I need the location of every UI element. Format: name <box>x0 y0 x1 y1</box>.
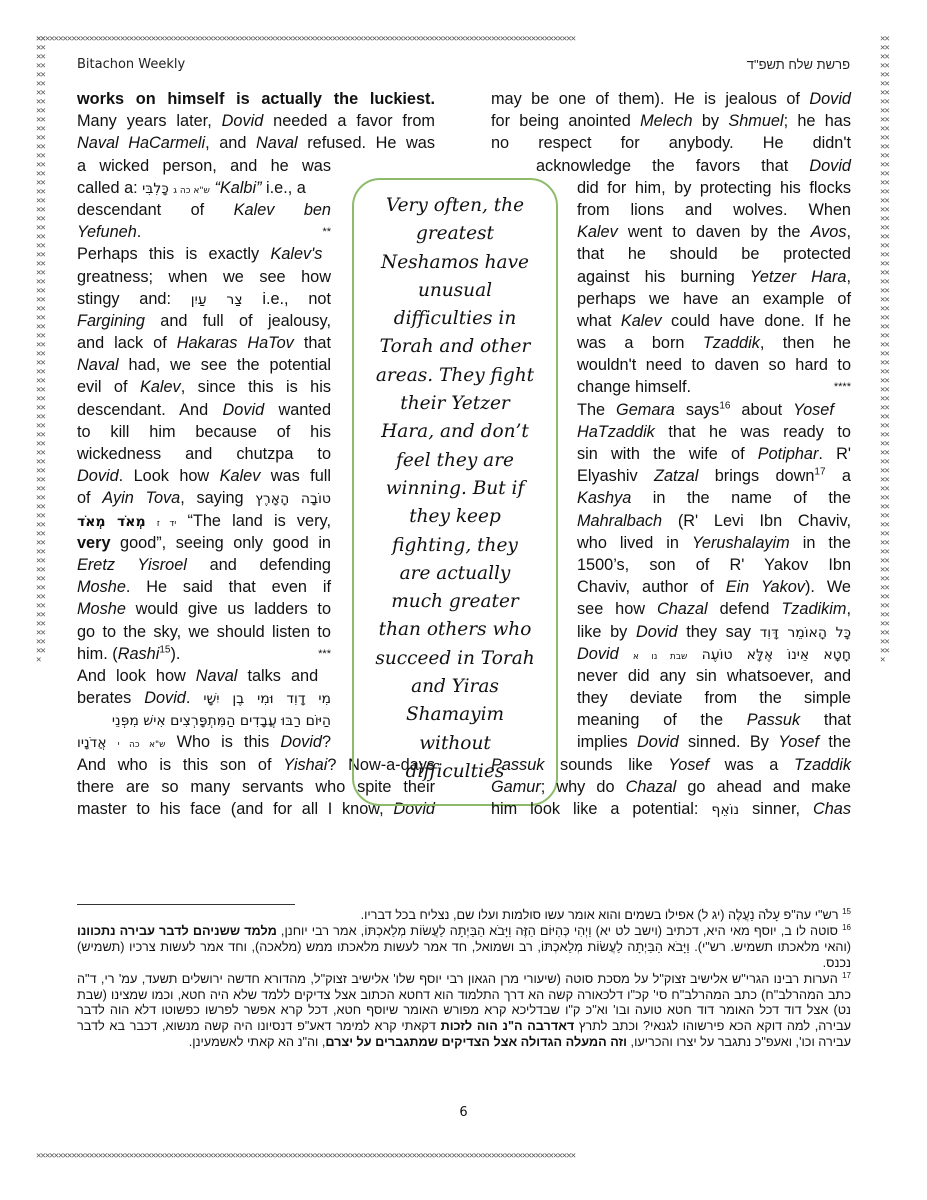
decorative-border-left: ✕✕✕✕✕✕✕✕✕✕✕✕✕✕✕✕✕✕✕✕✕✕✕✕✕✕✕✕✕✕✕✕✕✕✕✕✕✕✕✕… <box>36 35 47 1163</box>
text-line: stingy and: צַר עַיִן i.e., not <box>77 288 331 310</box>
text-line: never did any sin whatsoever, and <box>577 665 851 687</box>
text-line: And look how Naval talks and <box>77 665 331 687</box>
text-line: descendant. And Dovid wanted <box>77 399 331 421</box>
text-line: meaning of the Passuk that <box>577 709 851 731</box>
text-line: Moshe would give us ladders to <box>77 598 331 620</box>
decorative-border-top: ✕✕✕✕✕✕✕✕✕✕✕✕✕✕✕✕✕✕✕✕✕✕✕✕✕✕✕✕✕✕✕✕✕✕✕✕✕✕✕✕… <box>36 35 891 46</box>
footnote-15: 15 רש"י עה"פ עָלֹה נַעֲלֶה (יג ל) אפילו … <box>77 908 851 924</box>
text-line: 1500’s, son of R' Yakov Ibn <box>577 554 851 576</box>
text-line: perhaps we have an example of <box>577 288 851 310</box>
text-line: sin with the wife of Potiphar. R' <box>577 443 851 465</box>
text-line: did for him, by protecting his flocks <box>577 177 851 199</box>
footnote-17: 17 הערות רבינו הגרי"ש אלישיב זצוק"ל על מ… <box>77 972 851 1052</box>
text-line: may be one of them). He is jealous of Do… <box>491 88 851 110</box>
text-line: Dovid. Look how Kalev was full <box>77 465 331 487</box>
text-line: who lived in Yerushalayim in the <box>577 532 851 554</box>
text-line: change himself.**** <box>577 376 851 398</box>
text-line: called a: ש"א כה ג כָּלִבִּי “Kalbi” i.e… <box>77 177 331 199</box>
text-line: no respect for anybody. He didn't <box>491 132 851 154</box>
text-line: what Kalev could have done. If he <box>577 310 851 332</box>
text-line: Elyashiv Zatzal brings down17 a <box>577 465 851 487</box>
text-line: like by Dovid they say כָּל הָאוֹמֵר דָּ… <box>577 621 851 643</box>
footnote-separator <box>77 904 295 905</box>
text-line: Gamur; why do Chazal go ahead and make <box>491 776 851 798</box>
text-line: Perhaps this is exactly Kalev's <box>77 243 331 265</box>
text-line: ש"א כה י אֲדֹנָיו Who is this Dovid? <box>77 731 331 753</box>
text-line: against his burning Yetzer Hara, <box>577 266 851 288</box>
text-line: Kalev went to daven by the Avos, <box>577 221 851 243</box>
text-line: him. (Rashi15).*** <box>77 643 331 665</box>
footnotes: 15 רש"י עה"פ עָלֹה נַעֲלֶה (יג ל) אפילו … <box>77 908 851 1051</box>
text-line: him look like a potential: נוֹאֵף sinner… <box>491 798 851 820</box>
text-line: wickedness and chutzpa to <box>77 443 331 465</box>
text-line: Fargining and full of jealousy, <box>77 310 331 332</box>
text-line: of Ayin Tova, saying טוֹבָה הָאָרֶץ <box>77 487 331 509</box>
text-line: a wicked person, and he was <box>77 155 331 177</box>
parsha-title: פרשת שלח תשפ"ד <box>747 57 850 72</box>
text-line: HaTzaddik that he was ready to <box>577 421 851 443</box>
text-line: Moshe. He said that even if <box>77 576 331 598</box>
text-line: very good”, seeing only good in <box>77 532 331 554</box>
text-line: that he should be protected <box>577 243 851 265</box>
text-line: for being anointed Melech by Shmuel; he … <box>491 110 851 132</box>
text-line: see how Chazal defend Tzadikim, <box>577 598 851 620</box>
page-number: 6 <box>0 1105 927 1120</box>
decorative-border-bottom: ✕✕✕✕✕✕✕✕✕✕✕✕✕✕✕✕✕✕✕✕✕✕✕✕✕✕✕✕✕✕✕✕✕✕✕✕✕✕✕✕… <box>36 1152 891 1163</box>
publication-title: Bitachon Weekly <box>77 57 185 72</box>
text-line: The Gemara says16 about Yosef <box>577 399 851 421</box>
text-line: הַיּוֹם רַבּוּ עֲבָדִים הַמִּתְפָּרְצִים… <box>77 709 331 731</box>
text-line: works on himself is actually the luckies… <box>77 88 435 110</box>
text-line: evil of Kalev, since this is his <box>77 376 331 398</box>
text-line: Kashya in the name of the <box>577 487 851 509</box>
text-line: berates Dovid. מִי דָוִד וּמִי בֶן יִשָׁ… <box>77 687 331 709</box>
text-line: Naval had, we see the potential <box>77 354 331 376</box>
text-line: יד ז מְאֹד מְאֹד “The land is very, <box>77 510 331 532</box>
text-line: Many years later, Dovid needed a favor f… <box>77 110 435 132</box>
text-line: was a born Tzaddik, then he <box>577 332 851 354</box>
decorative-border-right: ✕✕✕✕✕✕✕✕✕✕✕✕✕✕✕✕✕✕✕✕✕✕✕✕✕✕✕✕✕✕✕✕✕✕✕✕✕✕✕✕… <box>880 35 891 1163</box>
text-line: they deviate from the simple <box>577 687 851 709</box>
text-line: and lack of Hakaras HaTov that <box>77 332 331 354</box>
text-line: Dovid חָטָא אֵינוֹ אֶלָּא טוֹעֶה שבת נו … <box>577 643 851 665</box>
text-line: Eretz Yisroel and defending <box>77 554 331 576</box>
text-line: acknowledge the favors that Dovid <box>536 155 851 177</box>
text-line: greatness; when we see how <box>77 266 331 288</box>
text-line: Passuk sounds like Yosef was a Tzaddik <box>491 754 851 776</box>
text-line: go to the sky, we should listen to <box>77 621 331 643</box>
text-line: Naval HaCarmeli, and Naval refused. He w… <box>77 132 435 154</box>
text-line: wouldn't need to daven so hard to <box>577 354 851 376</box>
right-column: may be one of them). He is jealous of Do… <box>491 88 851 820</box>
text-line: Chaviv, author of Ein Yakov). We <box>577 576 851 598</box>
text-line: implies Dovid sinned. By Yosef the <box>577 731 851 753</box>
text-line: to kill him because of his <box>77 421 331 443</box>
text-line: Mahralbach (R' Levi Ibn Chaviv, <box>577 510 851 532</box>
text-line: descendant of Kalev ben <box>77 199 331 221</box>
text-line: Yefuneh.** <box>77 221 331 243</box>
footnote-16: 16 סוטה לו ב, יוסף מאי היא, דכתיב (וישב … <box>77 924 851 972</box>
text-line: from lions and wolves. When <box>577 199 851 221</box>
